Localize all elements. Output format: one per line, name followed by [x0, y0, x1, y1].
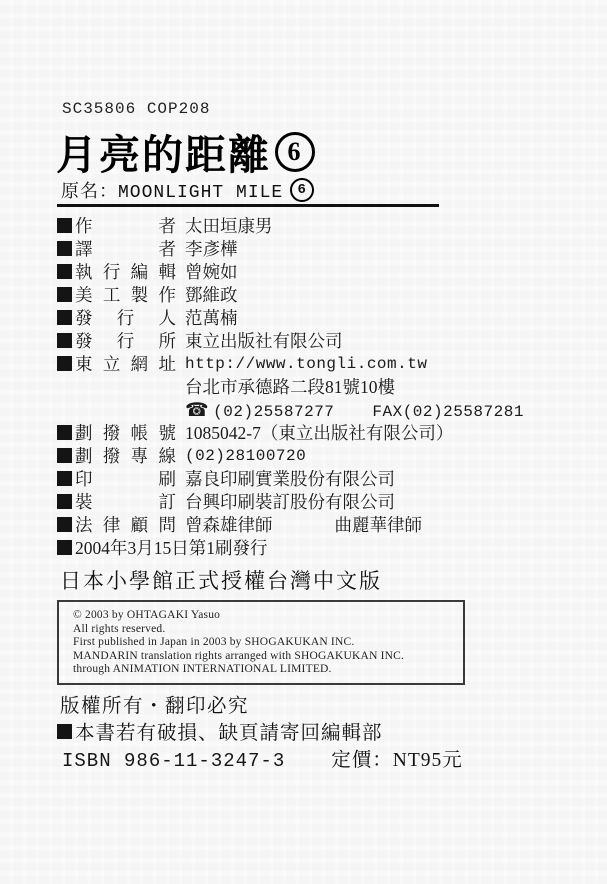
- info-row-postal-account: 劃撥帳號 1085042-7（東立出版社有限公司）: [57, 421, 524, 444]
- square-bullet-icon: [57, 517, 72, 532]
- copyright-line: MANDARIN translation rights arranged wit…: [73, 650, 463, 664]
- phone-number: (02)25587277: [213, 403, 334, 421]
- original-title: 原名：MOONLIGHT MILE 6: [61, 177, 314, 203]
- copyright-line: through ANIMATION INTERNATIONAL LIMITED.: [73, 663, 463, 677]
- rights-notice: 版權所有・翻印必究: [60, 690, 249, 718]
- square-bullet-icon: [57, 264, 72, 279]
- square-bullet-icon: [57, 241, 72, 256]
- print-date: 2004年3月15日第1刷發行: [75, 535, 268, 560]
- info-row-art-production: 美工製作 鄧維政: [57, 283, 524, 306]
- product-code: SC35806 COP208: [62, 100, 210, 118]
- isbn: ISBN 986-11-3247-3: [62, 750, 285, 772]
- original-volume-badge: 6: [290, 178, 314, 202]
- square-bullet-icon: [57, 310, 72, 325]
- legal-advisor-2: 曲麗華律師: [335, 512, 423, 537]
- info-row-translator: 譯 者 李彥樺: [57, 237, 524, 260]
- row-label: 發 行 所: [75, 328, 176, 353]
- square-bullet-icon: [57, 356, 72, 371]
- row-label: 法律顧問: [75, 512, 176, 537]
- row-label: 印 刷: [75, 466, 176, 491]
- telephone-block: ☎(02)25587277FAX(02)25587281: [185, 399, 524, 421]
- row-label: 發 行 人: [75, 305, 176, 330]
- row-label: 譯 者: [75, 236, 176, 261]
- divider-rule: [57, 204, 439, 207]
- square-bullet-icon: [57, 218, 72, 233]
- row-label: 劃撥帳號: [75, 420, 176, 445]
- fax-number: FAX(02)25587281: [372, 403, 524, 421]
- book-title: 月亮的距離 6: [56, 122, 315, 181]
- website-url: http://www.tongli.com.tw: [185, 355, 427, 373]
- row-label: 東立網址: [75, 351, 176, 376]
- info-row-binding: 裝 訂 台興印刷裝訂股份有限公司: [57, 490, 524, 513]
- row-value: 太田垣康男: [185, 213, 273, 238]
- info-row-website: 東立網址 http://www.tongli.com.tw: [57, 352, 524, 375]
- square-bullet-icon: [57, 494, 72, 509]
- square-bullet-icon: [57, 540, 72, 555]
- square-bullet-icon: [57, 333, 72, 348]
- row-label: 作 者: [75, 213, 176, 238]
- row-value: 鄧維政: [185, 282, 238, 307]
- square-bullet-icon: [57, 724, 72, 739]
- book-title-text: 月亮的距離: [56, 122, 271, 181]
- row-value: 嘉良印刷實業股份有限公司: [185, 466, 395, 491]
- price: 定價：NT95元: [331, 744, 463, 772]
- square-bullet-icon: [57, 287, 72, 302]
- license-statement: 日本小學館正式授權台灣中文版: [60, 565, 382, 595]
- colophon-page: SC35806 COP208 月亮的距離 6 原名：MOONLIGHT MILE…: [0, 0, 607, 884]
- info-row-address: 台北市承德路二段81號10樓: [57, 375, 524, 398]
- legal-advisor-1: 曾森雄律師: [185, 512, 273, 537]
- square-bullet-icon: [57, 425, 72, 440]
- info-row-postal-hotline: 劃撥專線 (02)28100720: [57, 444, 524, 467]
- info-row-executive-editor: 執行編輯 曾婉如: [57, 260, 524, 283]
- row-value: 曾婉如: [185, 259, 238, 284]
- info-row-printing: 印 刷 嘉良印刷實業股份有限公司: [57, 467, 524, 490]
- copyright-line: All rights reserved.: [73, 623, 463, 637]
- square-bullet-icon: [57, 471, 72, 486]
- row-value: 李彥樺: [185, 236, 238, 261]
- phone-icon: ☎: [185, 399, 209, 421]
- isbn-price-line: ISBN 986-11-3247-3 定價：NT95元: [62, 744, 463, 772]
- row-value: (02)28100720: [185, 447, 306, 465]
- info-row-legal-advisors: 法律顧問 曾森雄律師 曲麗華律師: [57, 513, 524, 536]
- info-row-publishing-house: 發 行 所 東立出版社有限公司: [57, 329, 524, 352]
- info-row-telephone: ☎(02)25587277FAX(02)25587281: [57, 398, 524, 421]
- publication-info-list: 作 者 太田垣康男 譯 者 李彥樺 執行編輯 曾婉如 美工製作 鄧維政 發 行 …: [57, 214, 524, 559]
- row-value: 1085042-7（東立出版社有限公司）: [185, 420, 453, 445]
- copyright-line: First published in Japan in 2003 by SHOG…: [73, 636, 463, 650]
- original-title-text: 原名：MOONLIGHT MILE: [61, 177, 283, 203]
- publisher-address: 台北市承德路二段81號10樓: [185, 374, 395, 399]
- row-label: 裝 訂: [75, 489, 176, 514]
- row-value: 范萬楠: [185, 305, 238, 330]
- damaged-return-notice: 本書若有破損、缺頁請寄回編輯部: [57, 717, 383, 745]
- damaged-notice-text: 本書若有破損、缺頁請寄回編輯部: [75, 717, 383, 745]
- row-value: 東立出版社有限公司: [185, 328, 343, 353]
- volume-badge: 6: [275, 132, 315, 172]
- info-row-author: 作 者 太田垣康男: [57, 214, 524, 237]
- row-label: 執行編輯: [75, 259, 176, 284]
- copyright-line: © 2003 by OHTAGAKI Yasuo: [73, 609, 463, 623]
- info-row-publisher: 發 行 人 范萬楠: [57, 306, 524, 329]
- copyright-box: © 2003 by OHTAGAKI Yasuo All rights rese…: [57, 600, 465, 685]
- row-label: 美工製作: [75, 282, 176, 307]
- row-value: 台興印刷裝訂股份有限公司: [185, 489, 395, 514]
- square-bullet-icon: [57, 448, 72, 463]
- row-label: 劃撥專線: [75, 443, 176, 468]
- info-row-print-date: 2004年3月15日第1刷發行: [57, 536, 524, 559]
